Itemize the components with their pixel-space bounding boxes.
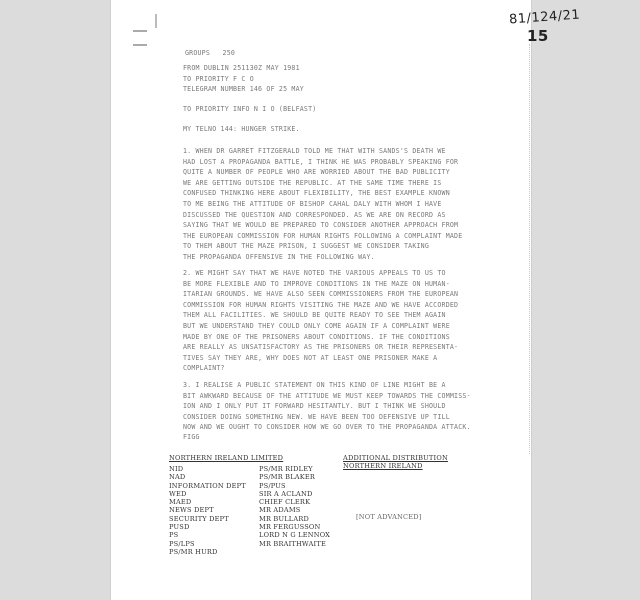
distribution-title: NORTHERN IRELAND LIMITED bbox=[169, 454, 283, 462]
additional-distribution-subtitle: NORTHERN IRELAND bbox=[343, 462, 423, 470]
distribution-list-2: PS/MR RIDLEY PS/MR BLAKER PS/PUS SIR A A… bbox=[259, 465, 330, 548]
margin-dotted-line bbox=[529, 44, 530, 454]
handwritten-reference: 81/124/21 bbox=[509, 8, 581, 28]
telegram-header: FROM DUBLIN 251130Z MAY 1981 TO PRIORITY… bbox=[183, 63, 304, 95]
paragraph-2: 2. WE MIGHT SAY THAT WE HAVE NOTED THE V… bbox=[183, 268, 458, 374]
signature: FIGG bbox=[183, 432, 200, 443]
groups-line: GROUPS 250 bbox=[185, 48, 235, 59]
paragraph-1: 1. WHEN DR GARRET FITZGERALD TOLD ME THA… bbox=[183, 146, 462, 263]
info-line: TO PRIORITY INFO N I O (BELFAST) bbox=[183, 104, 316, 115]
margin-mark bbox=[155, 14, 157, 28]
margin-scribble bbox=[133, 30, 147, 46]
handwritten-folio-number: 15 bbox=[527, 27, 549, 45]
document-page: 81/124/21 15 GROUPS 250 FROM DUBLIN 2511… bbox=[110, 0, 532, 600]
not-advanced-note: [NOT ADVANCED] bbox=[356, 513, 422, 521]
paragraph-3: 3. I REALISE A PUBLIC STATEMENT ON THIS … bbox=[183, 380, 471, 433]
subject-line: MY TELNO 144: HUNGER STRIKE. bbox=[183, 124, 300, 135]
distribution-list-1: NID NAD INFORMATION DEPT WED MAED NEWS D… bbox=[169, 465, 246, 556]
